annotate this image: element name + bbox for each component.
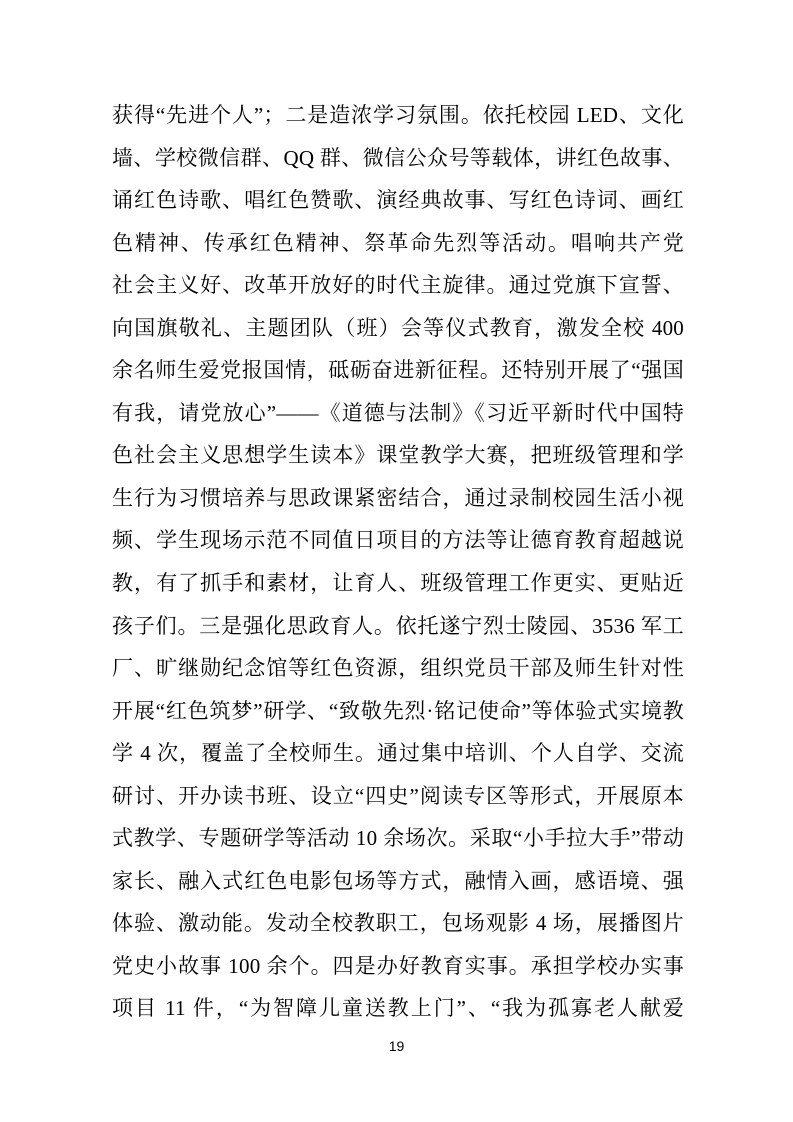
page-number: 19 (0, 1038, 793, 1054)
text-line: 频、学生现场示范不同值日项目的方法等让德育教育超越说 (112, 519, 684, 562)
text-line: 生行为习惯培养与思政课紧密结合，通过录制校园生活小视 (112, 477, 684, 520)
text-line: 获得“先进个人”；二是造浓学习氛围。依托校园 LED、文化 (112, 94, 684, 137)
text-line: 学 4 次，覆盖了全校师生。通过集中培训、个人自学、交流 (112, 732, 684, 775)
body-text: 获得“先进个人”；二是造浓学习氛围。依托校园 LED、文化 墙、学校微信群、QQ… (112, 94, 684, 1030)
text-line: 研讨、开办读书班、设立“四史”阅读专区等形式，开展原本 (112, 775, 684, 818)
text-line: 色精神、传承红色精神、祭革命先烈等活动。唱响共产党好、 (112, 222, 684, 265)
text-line: 厂、旷继勋纪念馆等红色资源，组织党员干部及师生针对性 (112, 647, 684, 690)
document-page: 获得“先进个人”；二是造浓学习氛围。依托校园 LED、文化 墙、学校微信群、QQ… (0, 0, 793, 1122)
text-line: 墙、学校微信群、QQ 群、微信公众号等载体，讲红色故事、 (112, 137, 684, 180)
text-line: 党史小故事 100 余个。四是办好教育实事。承担学校办实事 (112, 945, 684, 988)
text-line: 开展“红色筑梦”研学、“致敬先烈·铭记使命”等体验式实境教 (112, 690, 684, 733)
text-line: 家长、融入式红色电影包场等方式，融情入画，感语境、强 (112, 860, 684, 903)
text-line: 余名师生爱党报国情，砥砺奋进新征程。还特别开展了“强国 (112, 349, 684, 392)
text-line: 有我，请党放心”——《道德与法制》《习近平新时代中国特 (112, 392, 684, 435)
text-line: 向国旗敬礼、主题团队（班）会等仪式教育，激发全校 400 (112, 307, 684, 350)
text-line: 教，有了抓手和素材，让育人、班级管理工作更实、更贴近 (112, 562, 684, 605)
text-line: 式教学、专题研学等活动 10 余场次。采取“小手拉大手”带动 (112, 817, 684, 860)
text-line: 色社会主义思想学生读本》课堂教学大赛，把班级管理和学 (112, 434, 684, 477)
text-line: 项目 11 件，“为智障儿童送教上门”、“我为孤寡老人献爱心”、 (112, 987, 684, 1030)
text-line: 社会主义好、改革开放好的时代主旋律。通过党旗下宣誓、 (112, 264, 684, 307)
text-line: 体验、激动能。发动全校教职工，包场观影 4 场，展播图片 (112, 902, 684, 945)
text-line: 孩子们。三是强化思政育人。依托遂宁烈士陵园、3536 军工 (112, 605, 684, 648)
text-line: 诵红色诗歌、唱红色赞歌、演经典故事、写红色诗词、画红 (112, 179, 684, 222)
